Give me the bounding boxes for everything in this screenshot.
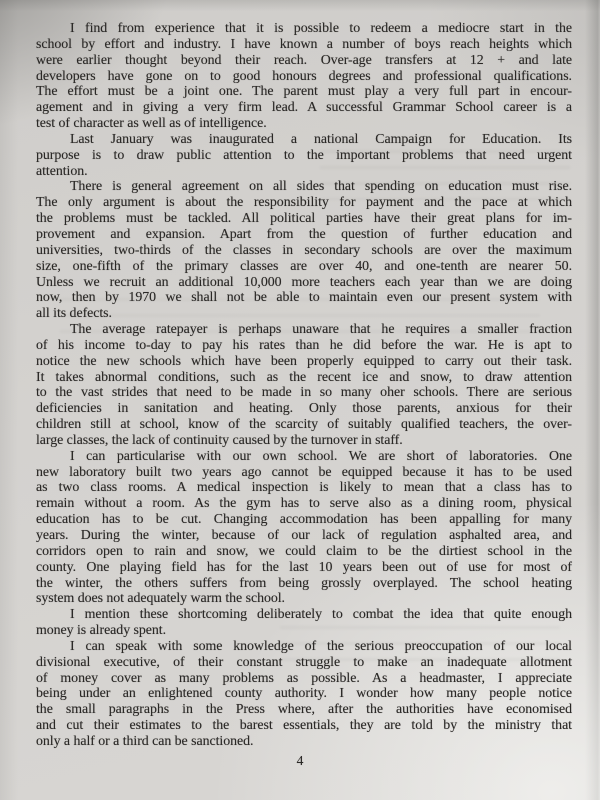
text-line: deficiencies in sanitation and heating. … [36,401,572,417]
text-line: The only argument is about the responsib… [36,195,572,211]
text-line: test of character as well as of intellig… [36,116,572,132]
paragraph: The average ratepayer is perhaps unaware… [36,322,572,449]
text-line: remain without a room. As the gym has to… [36,496,572,512]
text-line: I find from experience that it is possib… [36,21,572,37]
text-line: county. One playing field has for the la… [36,560,572,576]
text-line: There is general agreement on all sides … [36,179,572,195]
text-line: The average ratepayer is perhaps unaware… [36,322,572,338]
text-line: as two class rooms. A medical inspection… [36,480,572,496]
text-line: the problems must be tackled. All politi… [36,211,572,227]
page-text: I find from experience that it is possib… [36,21,572,750]
text-line: notice the new schools which have been p… [36,354,572,370]
paragraph: There is general agreement on all sides … [36,179,572,322]
text-line: size, one-fifth of the primary classes a… [36,259,572,275]
text-line: universities, two-thirds of the classes … [36,243,572,259]
text-line: were earlier thought beyond their reach.… [36,53,572,69]
text-line: only a half or a third can be sanctioned… [36,734,572,750]
document-page: I find from experience that it is possib… [0,0,600,800]
text-line: purpose is to draw public attention to t… [36,148,572,164]
text-line: and cut their estimates to the barest es… [36,718,572,734]
text-line: corridors open to rain and snow, we coul… [36,544,572,560]
text-line: of his income to-day to pay his rates th… [36,338,572,354]
page-number: 4 [0,753,600,769]
paragraph: Last January was inaugurated a national … [36,132,572,180]
text-line: years. During the winter, because of our… [36,528,572,544]
text-line: The effort must be a joint one. The pare… [36,84,572,100]
text-line: the small paragraphs in the Press where,… [36,702,572,718]
text-line: I mention these shortcoming deliberately… [36,607,572,623]
text-line: I can particularise with our own school.… [36,449,572,465]
paragraph: I find from experience that it is possib… [36,21,572,132]
text-line: Unless we recruit an additional 10,000 m… [36,275,572,291]
text-line: of money cover as many problems as possi… [36,671,572,687]
text-line: money is already spent. [36,623,572,639]
text-line: provement and expansion. Apart from the … [36,227,572,243]
paragraph: I mention these shortcoming deliberately… [36,607,572,639]
text-line: all its defects. [36,306,572,322]
text-line: large classes, the lack of continuity ca… [36,433,572,449]
text-line: attention. [36,164,572,180]
text-line: to the vast strides that need to be made… [36,385,572,401]
paragraph: I can particularise with our own school.… [36,449,572,607]
text-line: the winter, the others suffers from bein… [36,576,572,592]
text-line: being under an enlightened county author… [36,686,572,702]
text-line: Last January was inaugurated a national … [36,132,572,148]
text-line: I can speak with some knowledge of the s… [36,639,572,655]
text-line: agement and in giving a very firm lead. … [36,100,572,116]
text-line: divisional executive, of their constant … [36,655,572,671]
text-line: It takes abnormal conditions, such as th… [36,370,572,386]
text-line: now, then by 1970 we shall not be able t… [36,290,572,306]
text-line: developers have gone on to good honours … [36,69,572,85]
text-line: school by effort and industry. I have kn… [36,37,572,53]
text-line: new laboratory built two years ago canno… [36,465,572,481]
paragraph: I can speak with some knowledge of the s… [36,639,572,750]
text-line: system does not adequately warm the scho… [36,591,572,607]
text-line: education has to be cut. Changing accomm… [36,512,572,528]
text-line: children still at school, know of the sc… [36,417,572,433]
